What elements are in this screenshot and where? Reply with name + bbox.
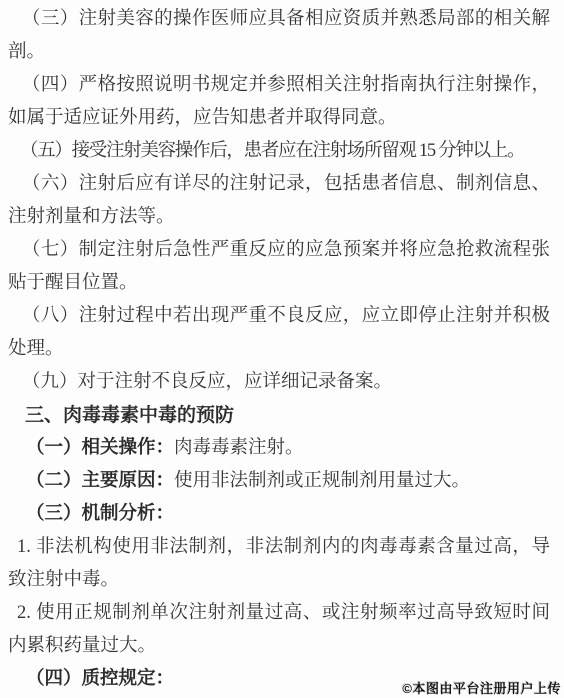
document-page: （三）注射美容的操作医师应具备相应资质并熟悉局部的相关解剖。 （四）严格按照说明… — [0, 0, 564, 698]
section-heading: 三、肉毒毒素中毒的预防 — [8, 399, 550, 432]
item-text: 肉毒毒素注射。 — [174, 438, 304, 458]
labeled-item: （三）机制分析： — [8, 498, 550, 531]
mechanism-point: 2. 使用正规制剂单次注射剂量过高、或注射频率过高导致短时间内累积药量过大。 — [8, 597, 550, 663]
labeled-item: （一）相关操作：肉毒毒素注射。 — [8, 432, 550, 465]
mechanism-point: 1. 非法机构使用非法制剂，非法制剂内的肉毒毒素含量过高，导致注射中毒。 — [8, 531, 550, 597]
item-text: 使用非法制剂或正规制剂用量过大。 — [174, 471, 470, 491]
item-label: （四）质控规定： — [26, 669, 174, 689]
clause-item: （六）注射后应有详尽的注射记录，包括患者信息、制剂信息、注射剂量和方法等。 — [8, 168, 550, 234]
clause-item: （八）注射过程中若出现严重不良反应，应立即停止注射并积极处理。 — [8, 300, 550, 366]
clause-item: （三）注射美容的操作医师应具备相应资质并熟悉局部的相关解剖。 — [8, 3, 550, 69]
clause-item: （五）接受注射美容操作后，患者应在注射场所留观 15 分钟以上。 — [8, 135, 550, 168]
item-label: （一）相关操作： — [26, 438, 174, 458]
item-label: （三）机制分析： — [26, 504, 174, 524]
item-label: （二）主要原因： — [26, 471, 174, 491]
clause-item: （四）严格按照说明书规定并参照相关注射指南执行注射操作，如属于适应证外用药，应告… — [8, 69, 550, 135]
labeled-item: （二）主要原因：使用非法制剂或正规制剂用量过大。 — [8, 465, 550, 498]
clause-item: （七）制定注射后急性严重反应的应急预案并将应急抢救流程张贴于醒目位置。 — [8, 234, 550, 300]
clause-item: （九）对于注射不良反应，应详细记录备案。 — [8, 366, 550, 399]
document-body: （三）注射美容的操作医师应具备相应资质并熟悉局部的相关解剖。 （四）严格按照说明… — [8, 3, 550, 696]
watermark-text: ©本图由平台注册用户上传 — [402, 678, 561, 697]
